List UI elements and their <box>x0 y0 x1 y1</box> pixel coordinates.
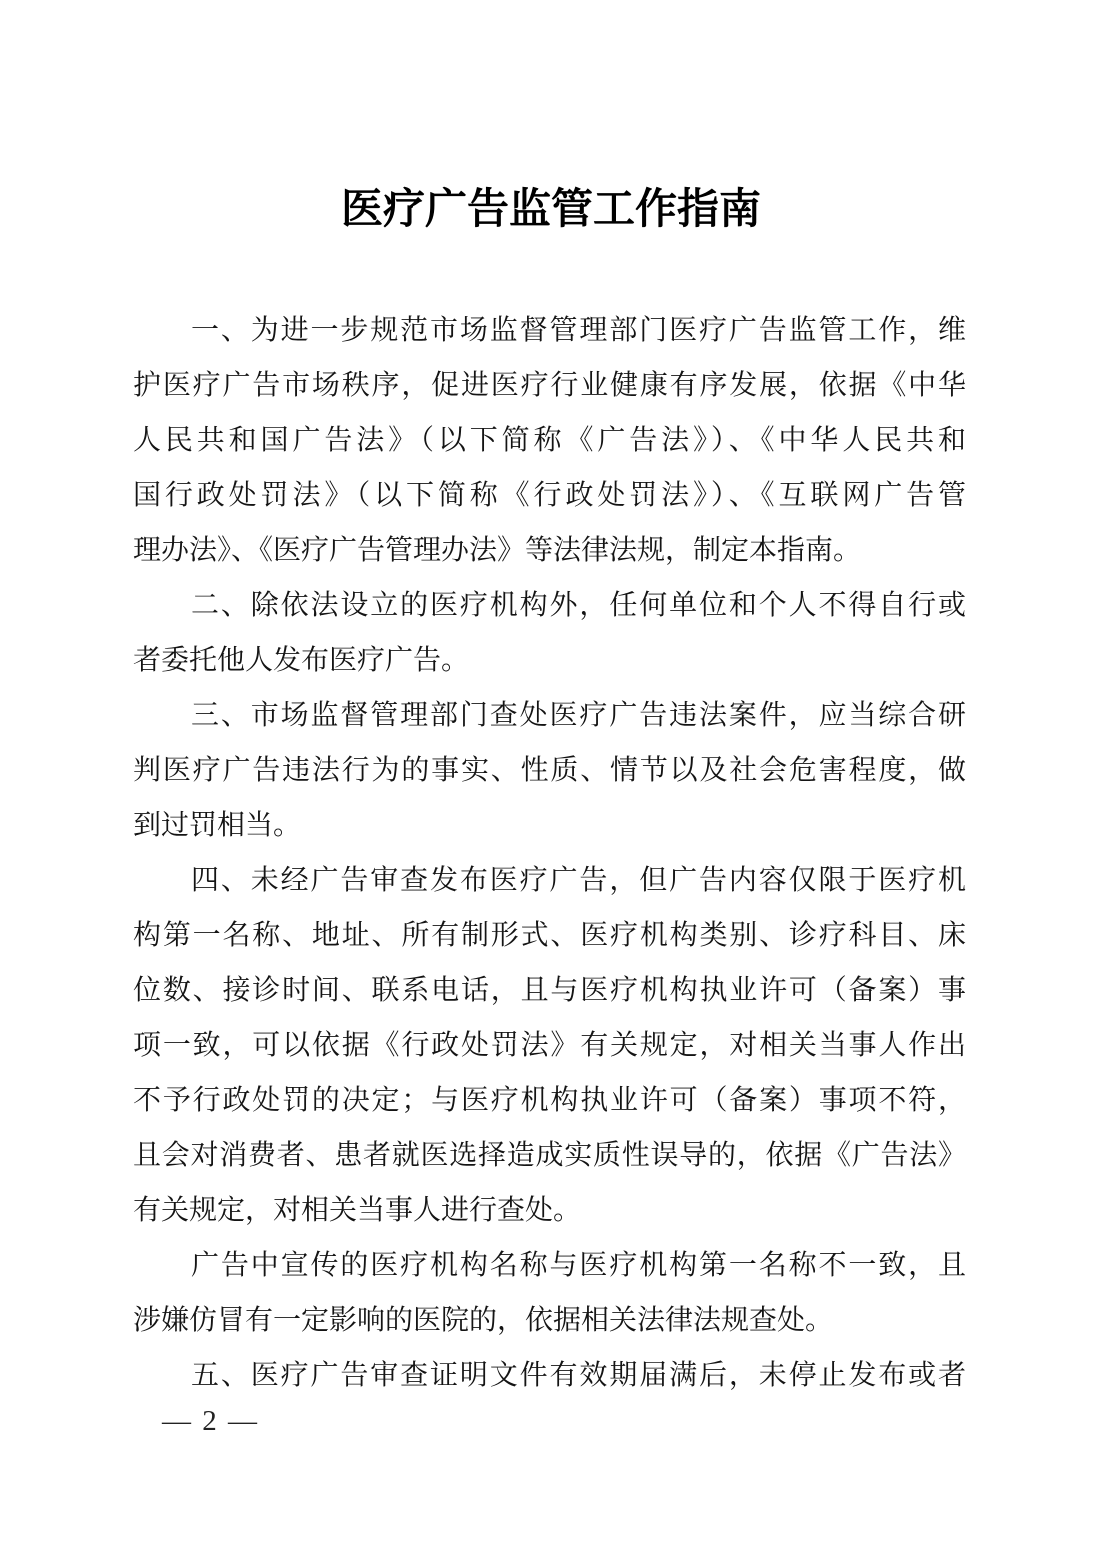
text-line: 判医疗广告违法行为的事实、性质、情节以及社会危害程度，做 <box>133 743 966 798</box>
text-line: 不予行政处罚的决定；与医疗机构执业许可（备案）事项不符， <box>133 1073 966 1128</box>
text-line: 护医疗广告市场秩序，促进医疗行业健康有序发展，依据《中华 <box>133 358 966 413</box>
text-line: 人民共和国广告法》（以下简称《广告法》）、《中华人民共和 <box>133 413 966 468</box>
text-line: 者委托他人发布医疗广告。 <box>133 633 966 688</box>
text-line: 构第一名称、地址、所有制形式、医疗机构类别、诊疗科目、床 <box>133 908 966 963</box>
text-line: 项一致，可以依据《行政处罚法》有关规定，对相关当事人作出 <box>133 1018 966 1073</box>
page-number: — 2 — <box>162 1404 259 1438</box>
text-line: 有关规定，对相关当事人进行查处。 <box>133 1183 966 1238</box>
text-line: 理办法》、《医疗广告管理办法》等法律法规，制定本指南。 <box>133 523 966 578</box>
text-line: 二、除依法设立的医疗机构外，任何单位和个人不得自行或 <box>133 578 966 633</box>
text-line: 三、市场监督管理部门查处医疗广告违法案件，应当综合研 <box>133 688 966 743</box>
text-line: 四、未经广告审查发布医疗广告，但广告内容仅限于医疗机 <box>133 853 966 908</box>
text-line: 一、为进一步规范市场监督管理部门医疗广告监管工作，维 <box>133 303 966 358</box>
text-line: 广告中宣传的医疗机构名称与医疗机构第一名称不一致，且 <box>133 1238 966 1293</box>
text-line: 到过罚相当。 <box>133 798 966 853</box>
text-line: 国行政处罚法》（以下简称《行政处罚法》）、《互联网广告管 <box>133 468 966 523</box>
text-line: 位数、接诊时间、联系电话，且与医疗机构执业许可（备案）事 <box>133 963 966 1018</box>
text-line: 涉嫌仿冒有一定影响的医院的，依据相关法律法规查处。 <box>133 1293 966 1348</box>
document-body: 一、为进一步规范市场监督管理部门医疗广告监管工作，维护医疗广告市场秩序，促进医疗… <box>133 303 966 1403</box>
page-title: 医疗广告监管工作指南 <box>0 186 1102 234</box>
text-line: 五、医疗广告审查证明文件有效期届满后，未停止发布或者 <box>133 1348 966 1403</box>
document-page: 医疗广告监管工作指南 一、为进一步规范市场监督管理部门医疗广告监管工作，维护医疗… <box>0 0 1102 1559</box>
text-line: 且会对消费者、患者就医选择造成实质性误导的，依据《广告法》 <box>133 1128 966 1183</box>
